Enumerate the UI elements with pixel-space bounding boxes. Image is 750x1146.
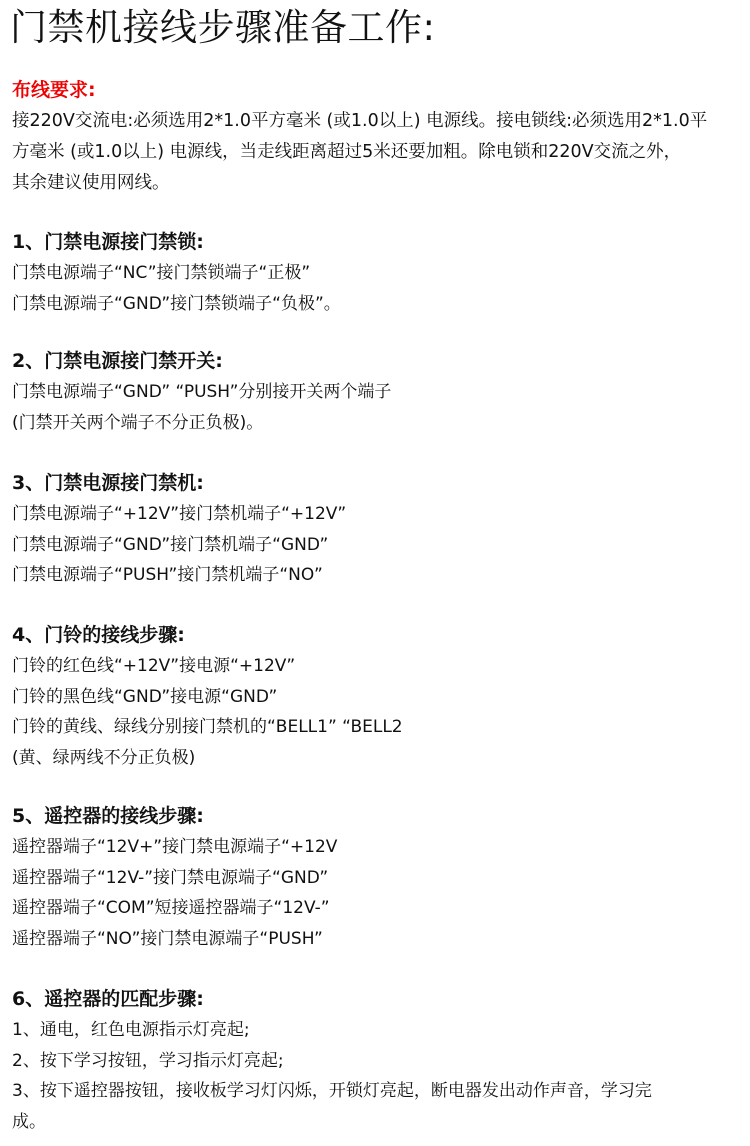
instruction-line: 成。	[12, 1107, 742, 1138]
section-lock-wiring: 1、门禁电源接门禁锁: 门禁电源端子“NC”接门禁锁端子“正极” 门禁电源端子“…	[12, 228, 742, 319]
wiring-requirements-body: 接220V交流电:必须选用2*1.0平方毫米 (或1.0以上) 电源线。接电锁线…	[12, 106, 744, 199]
instruction-line: 门禁电源端子“+12V”接门禁机端子“+12V”	[12, 499, 742, 530]
wiring-instructions-page: 门禁机接线步骤准备工作: 布线要求: 接220V交流电:必须选用2*1.0平方毫…	[0, 0, 750, 1146]
instruction-line: 3、按下遥控器按钮，接收板学习灯闪烁，开锁灯亮起，断电器发出动作声音，学习完	[12, 1076, 742, 1107]
section-heading: 2、门禁电源接门禁开关:	[12, 347, 742, 375]
instruction-line: 门铃的红色线“+12V”接电源“+12V”	[12, 651, 742, 682]
requirement-line: 其余建议使用网线。	[12, 168, 744, 199]
instruction-line: 门铃的黑色线“GND”接电源“GND”	[12, 682, 742, 713]
page-title: 门禁机接线步骤准备工作:	[10, 6, 435, 50]
section-remote-pairing: 6、遥控器的匹配步骤: 1、通电，红色电源指示灯亮起; 2、按下学习按钮，学习指…	[12, 985, 742, 1137]
instruction-line: 1、通电，红色电源指示灯亮起;	[12, 1015, 742, 1046]
section-heading: 3、门禁电源接门禁机:	[12, 469, 742, 497]
instruction-line: 门禁电源端子“GND”接门禁锁端子“负极”。	[12, 289, 742, 320]
instruction-line: 2、按下学习按钮，学习指示灯亮起;	[12, 1046, 742, 1077]
section-heading: 5、遥控器的接线步骤:	[12, 802, 742, 830]
instruction-line: (门禁开关两个端子不分正负极)。	[12, 408, 742, 439]
section-switch-wiring: 2、门禁电源接门禁开关: 门禁电源端子“GND” “PUSH”分别接开关两个端子…	[12, 347, 742, 438]
section-heading: 1、门禁电源接门禁锁:	[12, 228, 742, 256]
instruction-line: 门禁电源端子“PUSH”接门禁机端子“NO”	[12, 560, 742, 591]
section-doorbell-wiring: 4、门铃的接线步骤: 门铃的红色线“+12V”接电源“+12V” 门铃的黑色线“…	[12, 621, 742, 773]
instruction-line: 门禁电源端子“NC”接门禁锁端子“正极”	[12, 258, 742, 289]
instruction-line: 门禁电源端子“GND”接门禁机端子“GND”	[12, 530, 742, 561]
instruction-line: 遥控器端子“COM”短接遥控器端子“12V-”	[12, 893, 742, 924]
instruction-line: 门禁电源端子“GND” “PUSH”分别接开关两个端子	[12, 377, 742, 408]
instruction-line: (黄、绿两线不分正负极)	[12, 743, 742, 774]
instruction-line: 门铃的黄线、绿线分别接门禁机的“BELL1” “BELL2	[12, 712, 742, 743]
wiring-requirements-heading: 布线要求:	[12, 77, 96, 103]
section-remote-wiring: 5、遥控器的接线步骤: 遥控器端子“12V+”接门禁电源端子“+12V 遥控器端…	[12, 802, 742, 954]
instruction-line: 遥控器端子“NO”接门禁电源端子“PUSH”	[12, 924, 742, 955]
requirement-line: 方毫米 (或1.0以上) 电源线，当走线距离超过5米还要加粗。除电锁和220V交…	[12, 137, 744, 168]
instruction-line: 遥控器端子“12V-”接门禁电源端子“GND”	[12, 863, 742, 894]
instruction-line: 遥控器端子“12V+”接门禁电源端子“+12V	[12, 832, 742, 863]
section-access-machine-wiring: 3、门禁电源接门禁机: 门禁电源端子“+12V”接门禁机端子“+12V” 门禁电…	[12, 469, 742, 591]
requirement-line: 接220V交流电:必须选用2*1.0平方毫米 (或1.0以上) 电源线。接电锁线…	[12, 106, 744, 137]
section-heading: 4、门铃的接线步骤:	[12, 621, 742, 649]
section-heading: 6、遥控器的匹配步骤:	[12, 985, 742, 1013]
